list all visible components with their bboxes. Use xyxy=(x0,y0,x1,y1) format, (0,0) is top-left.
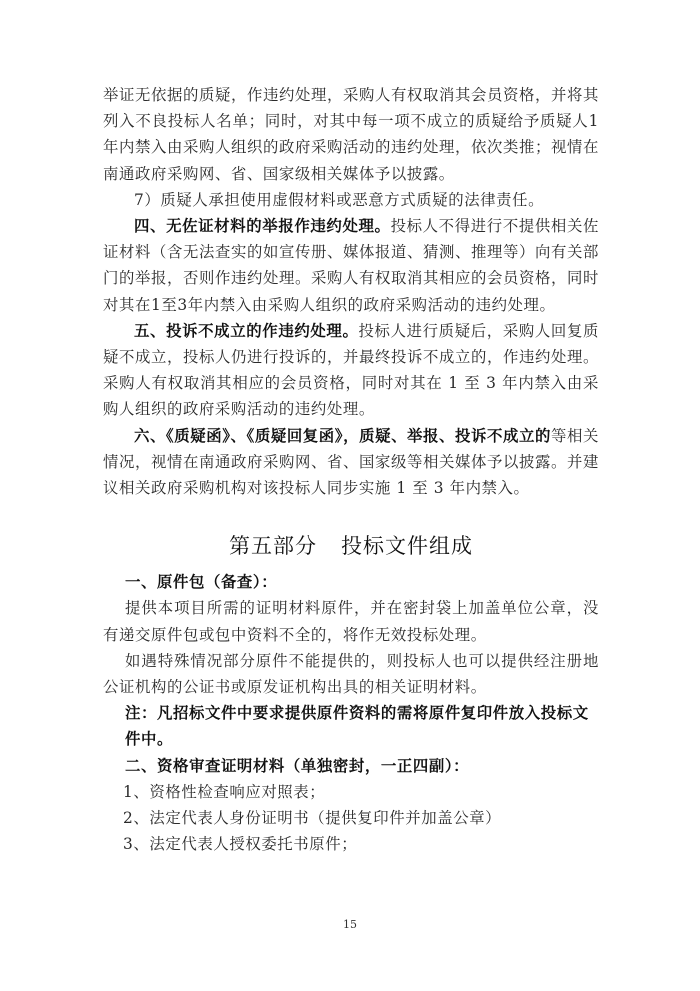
paragraph-continued: 举证无依据的质疑，作违约处理，采购人有权取消其会员资格，并将其列入不良投标人名单… xyxy=(103,82,599,187)
page-number: 15 xyxy=(0,918,700,931)
section-6: 六、《质疑函》、《质疑回复函》，质疑、举报、投诉不成立的等相关情况，视情在南通政… xyxy=(103,423,599,502)
paragraph-item-7: 7）质疑人承担使用虚假材料或恶意方式质疑的法律责任。 xyxy=(103,187,599,213)
document-page: 举证无依据的质疑，作违约处理，采购人有权取消其会员资格，并将其列入不良投标人名单… xyxy=(103,82,599,857)
original-package-paragraph-2: 如遇特殊情况部分原件不能提供的，则投标人也可以提供经注册地公证机构的公证书或原发… xyxy=(103,648,599,700)
part-title: 第五部分投标文件组成 xyxy=(103,531,599,561)
section-5: 五、投诉不成立的作违约处理。投标人进行质疑后，采购人回复质疑不成立，投标人仍进行… xyxy=(103,318,599,423)
section-4-heading: 四、无佐证材料的举报作违约处理。 xyxy=(134,217,391,235)
part-title-number: 第五部分 xyxy=(229,534,317,558)
section-5-heading: 五、投诉不成立的作违约处理。 xyxy=(134,322,359,340)
qualification-item-2: 2、法定代表人身份证明书（提供复印件并加盖公章） xyxy=(103,805,599,831)
original-package-heading: 一、原件包（备查）： xyxy=(103,569,599,595)
original-package-note: 注：凡招标文件中要求提供原件资料的需将原件复印件放入投标文件中。 xyxy=(103,700,599,752)
section-6-heading: 六、《质疑函》、《质疑回复函》，质疑、举报、投诉不成立的 xyxy=(134,427,551,445)
original-package-paragraph-1: 提供本项目所需的证明材料原件，并在密封袋上加盖单位公章，没有递交原件包或包中资料… xyxy=(103,595,599,647)
qualification-item-1: 1、资格性检查响应对照表； xyxy=(103,779,599,805)
qualification-heading: 二、资格审查证明材料（单独密封，一正四副）： xyxy=(103,753,599,779)
section-4: 四、无佐证材料的举报作违约处理。投标人不得进行不提供相关佐证材料（含无法查实的如… xyxy=(103,213,599,318)
part-title-name: 投标文件组成 xyxy=(341,534,473,558)
qualification-item-3: 3、法定代表人授权委托书原件； xyxy=(103,831,599,857)
